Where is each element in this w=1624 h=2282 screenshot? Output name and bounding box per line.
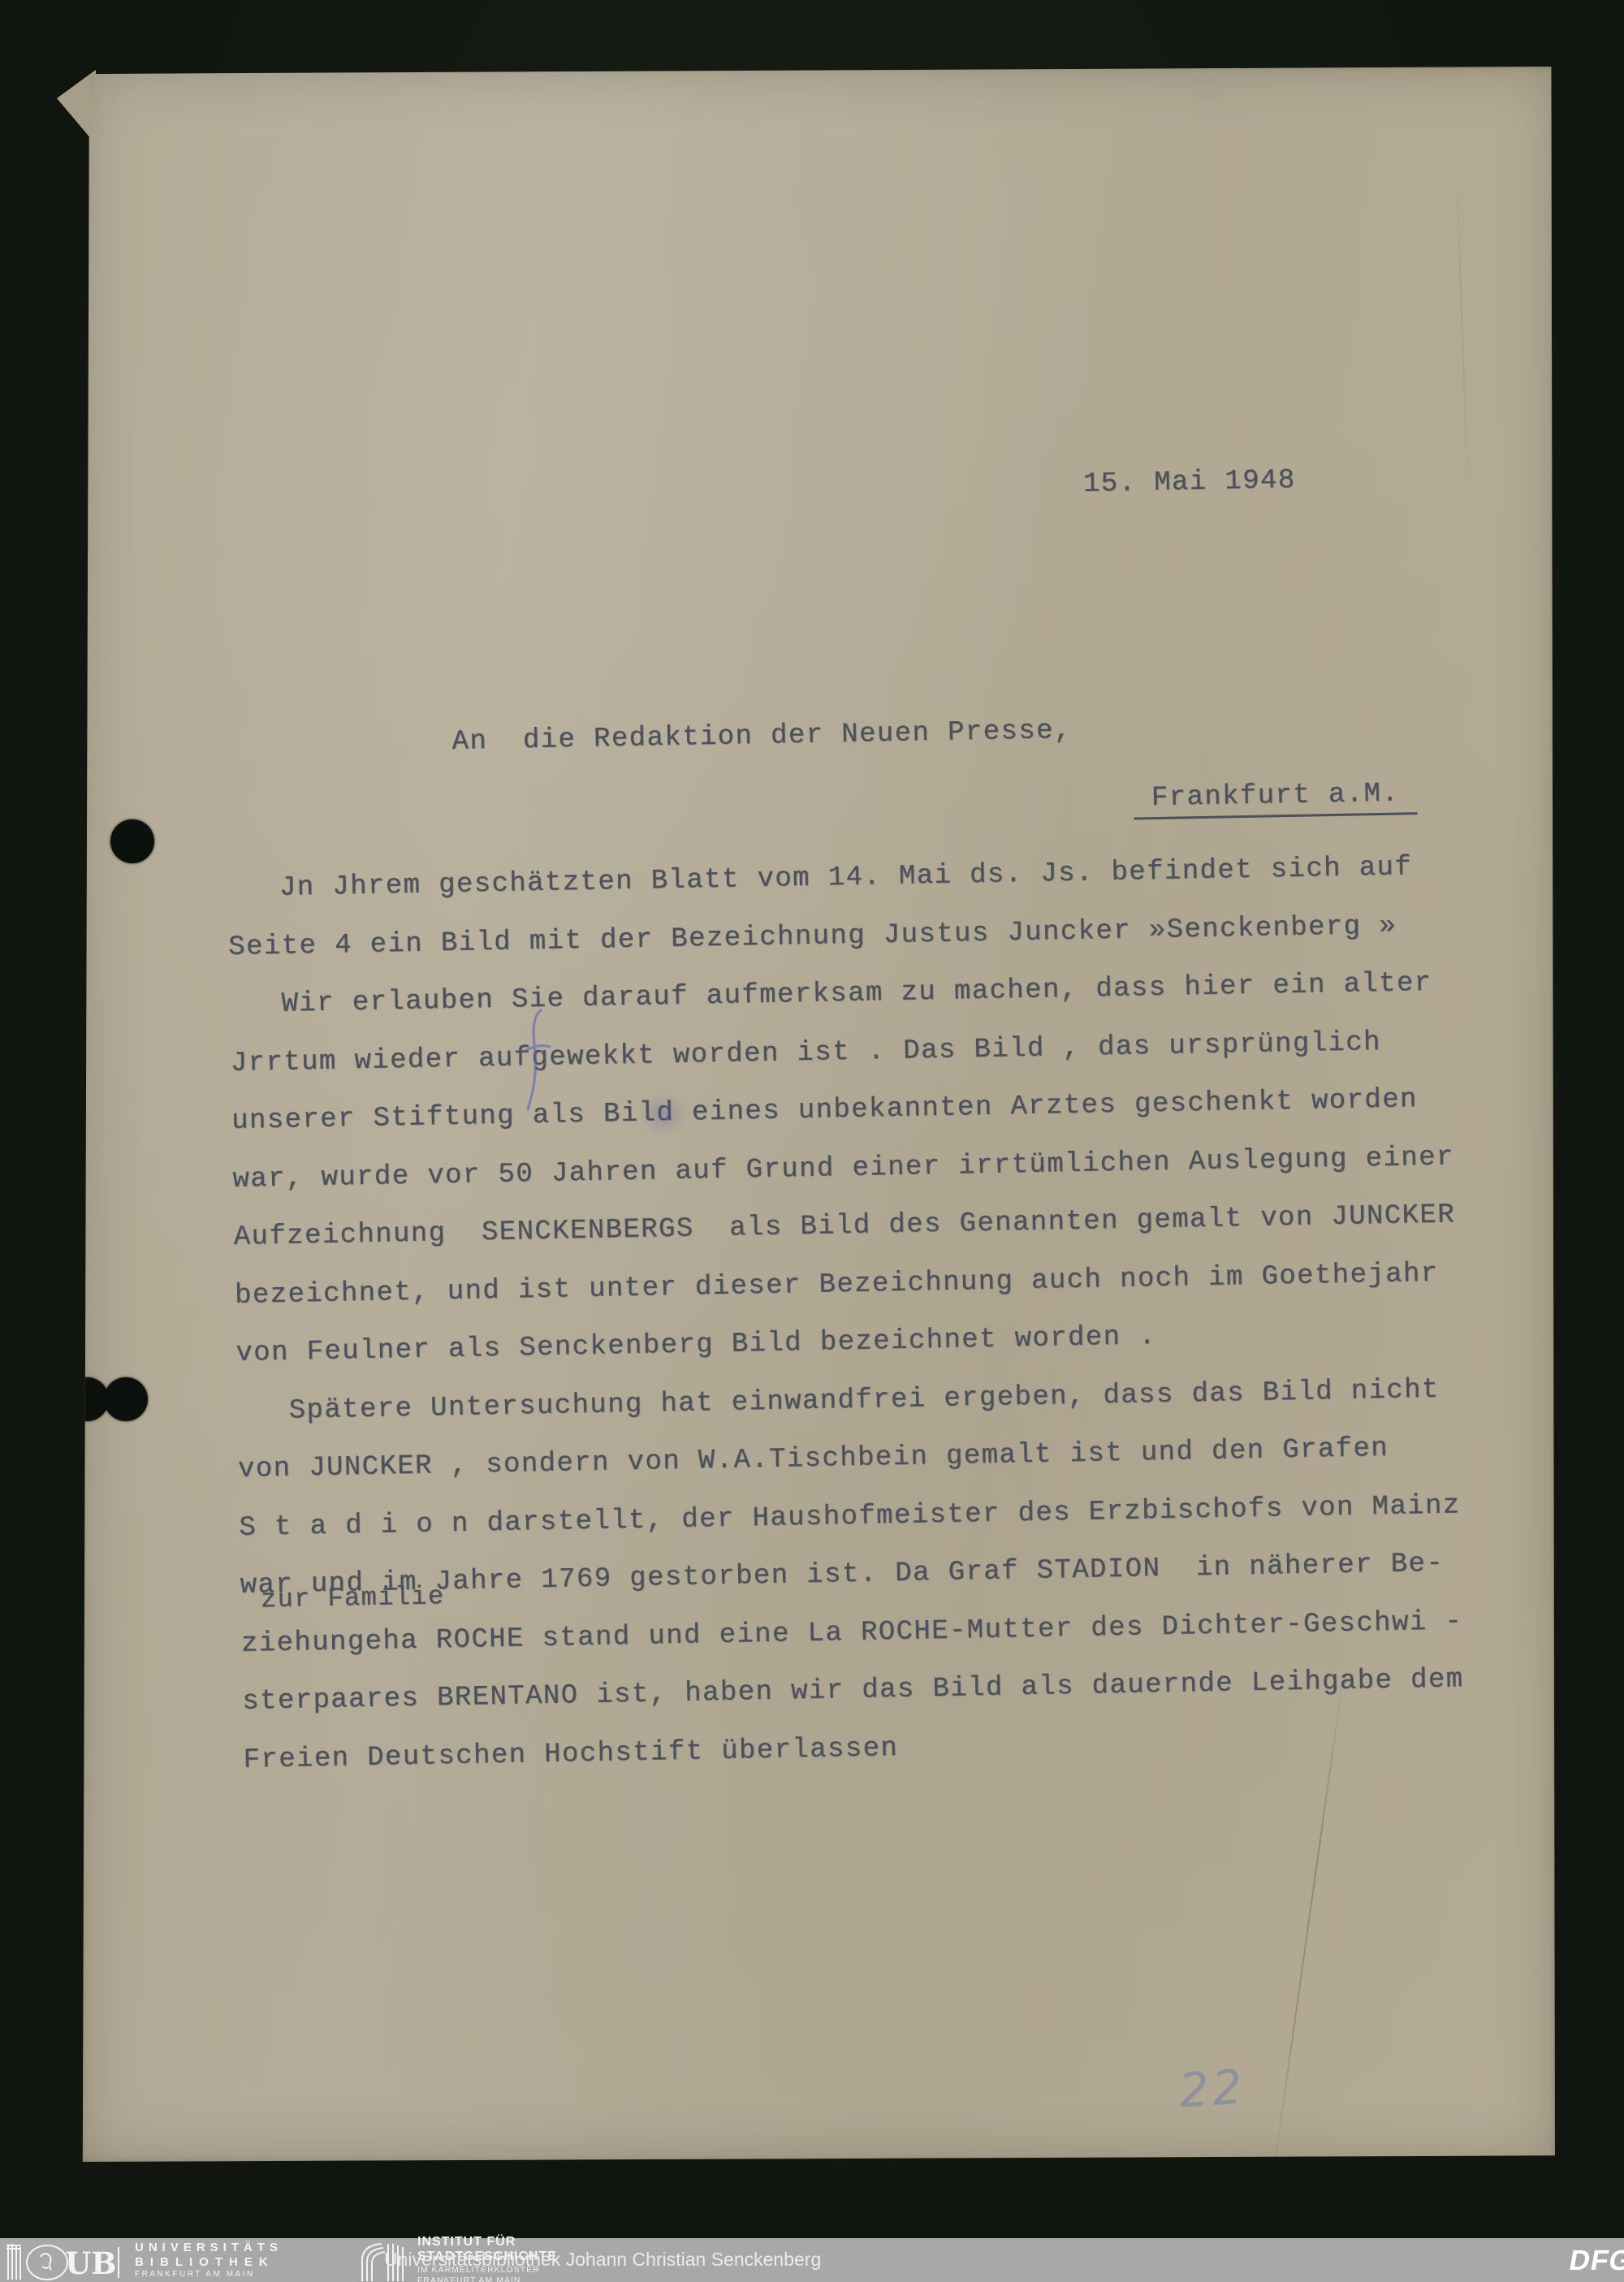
recipient-city-underlined: Frankfurt a.M.	[1134, 778, 1418, 819]
dfg-logo: DFG	[1566, 2245, 1624, 2277]
ub-line2: BIBLIOTHEK	[135, 2256, 283, 2268]
recipient-city: Frankfurt a.M.	[1134, 778, 1417, 814]
letter-date: 15. Mai 1948	[1083, 465, 1296, 500]
ub-line1: UNIVERSITÄTS	[135, 2241, 283, 2254]
recipient-address: An die Redaktion der Neuen Presse,	[451, 715, 1072, 758]
handwritten-page-number: 22	[1177, 2059, 1247, 2119]
interline-correction: zur Familie	[261, 1581, 445, 1614]
ink-smudge	[640, 1093, 687, 1135]
footer-bar: UB UNIVERSITÄTS BIBLIOTHEK FRANKFURT AM …	[0, 2238, 1624, 2282]
institut-line4: FRANKFURT AM MAIN	[417, 2276, 557, 2282]
ink-correction-f-mark	[521, 1005, 555, 1115]
library-name: Universitätsbibliothek Johann Christian …	[384, 2249, 821, 2271]
ub-logo-icon: UB	[5, 2239, 127, 2281]
institut-line1: INSTITUT FÜR	[417, 2236, 557, 2249]
typewritten-content: 15. Mai 1948 An die Redaktion der Neuen …	[0, 0, 1624, 2282]
scan-background: { "document": { "date": "15. Mai 1948", …	[0, 0, 1624, 2282]
letter-body: Jn Jhrem geschätzten Blatt vom 14. Mai d…	[227, 836, 1559, 1789]
ub-logo-text: UNIVERSITÄTS BIBLIOTHEK FRANKFURT AM MAI…	[135, 2241, 283, 2279]
ub-line3: FRANKFURT AM MAIN	[135, 2271, 283, 2279]
ub-logo: UB UNIVERSITÄTS BIBLIOTHEK FRANKFURT AM …	[5, 2238, 283, 2282]
svg-text:UB: UB	[65, 2245, 117, 2281]
